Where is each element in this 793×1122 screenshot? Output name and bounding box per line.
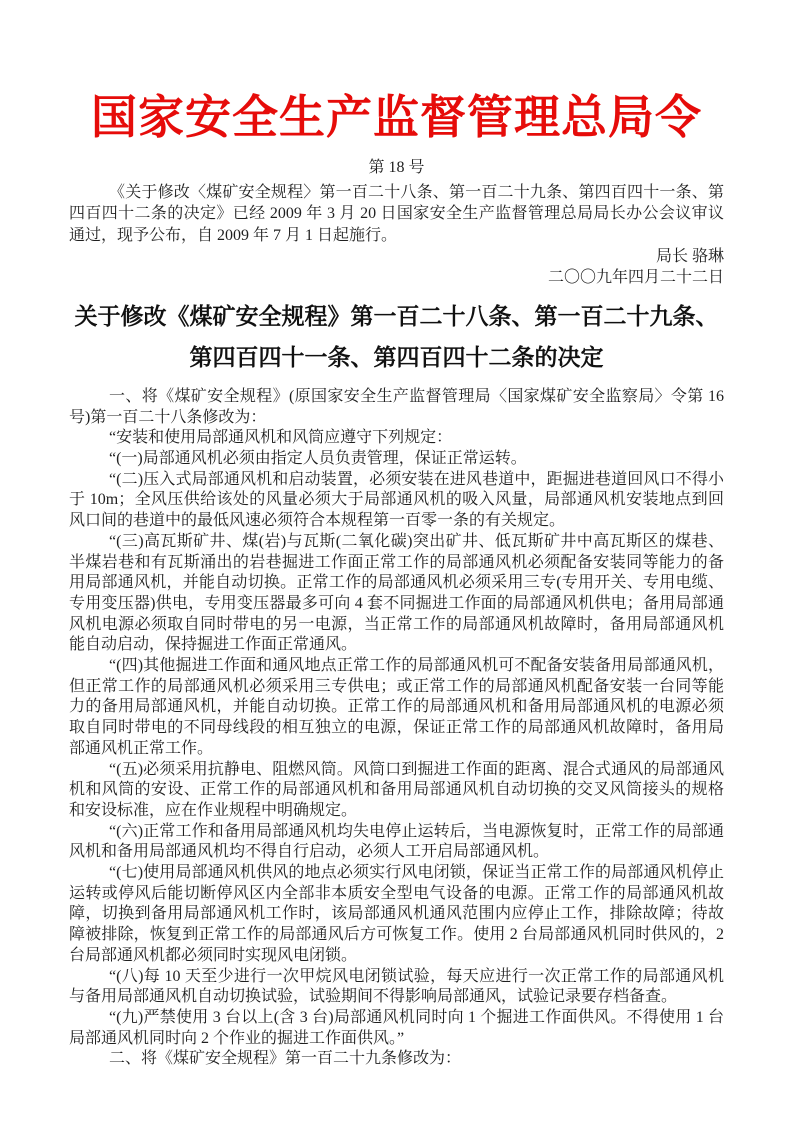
document-page: 国家安全生产监督管理总局令 第 18 号 《关于修改〈煤矿安全规程〉第一百二十八…: [0, 0, 793, 1122]
issue-number: 第 18 号: [69, 157, 724, 178]
body-paragraph: “(二)压入式局部通风机和启动装置，必须安装在进风巷道中，距掘进巷道回风口不得小…: [69, 470, 724, 532]
document-title: 国家安全生产监督管理总局令: [69, 0, 724, 148]
body-paragraph: “(一)局部通风机必须由指定人员负责管理，保证正常运转。: [69, 449, 724, 470]
decision-title-line1: 关于修改《煤矿安全规程》第一百二十八条、第一百二十九条、: [69, 296, 724, 337]
decision-title: 关于修改《煤矿安全规程》第一百二十八条、第一百二十九条、 第四百四十一条、第四百…: [69, 296, 724, 378]
body-paragraph: 一、将《煤矿安全规程》(原国家安全生产监督管理局〈国家煤矿安全监察局〉令第 16…: [69, 387, 724, 428]
body-paragraph: “(八)每 10 天至少进行一次甲烷风电闭锁试验，每天应进行一次正常工作的局部通…: [69, 967, 724, 1008]
body-paragraph: “(五)必须采用抗静电、阻燃风筒。风筒口到掘进工作面的距离、混合式通风的局部通风…: [69, 760, 724, 822]
body-paragraph: “(九)严禁使用 3 台以上(含 3 台)局部通风机同时向 1 个掘进工作面供风…: [69, 1008, 724, 1049]
body-paragraph: “(六)正常工作和备用局部通风机均失电停止运转后，当电源恢复时，正常工作的局部通…: [69, 822, 724, 863]
body-paragraph: 二、将《煤矿安全规程》第一百二十九条修改为：: [69, 1049, 724, 1070]
body-paragraphs: 一、将《煤矿安全规程》(原国家安全生产监督管理局〈国家煤矿安全监察局〉令第 16…: [69, 387, 724, 1070]
body-paragraph: “(四)其他掘进工作面和通风地点正常工作的局部通风机可不配备安装备用局部通风机，…: [69, 656, 724, 760]
body-paragraph: “(七)使用局部通风机供风的地点必须实行风电闭锁，保证当正常工作的局部通风机停止…: [69, 863, 724, 967]
preamble-paragraph: 《关于修改〈煤矿安全规程〉第一百二十八条、第一百二十九条、第四百四十一条、第四百…: [69, 182, 724, 246]
body-paragraph: “(三)高瓦斯矿井、煤(岩)与瓦斯(二氧化碳)突出矿井、低瓦斯矿井中高瓦斯区的煤…: [69, 532, 724, 656]
signature-date: 二〇〇九年四月二十二日: [69, 267, 724, 289]
signature-line: 局长 骆琳: [69, 246, 724, 268]
decision-title-line2: 第四百四十一条、第四百四十二条的决定: [69, 337, 724, 378]
body-paragraph: “安装和使用局部通风机和风筒应遵守下列规定：: [69, 428, 724, 449]
